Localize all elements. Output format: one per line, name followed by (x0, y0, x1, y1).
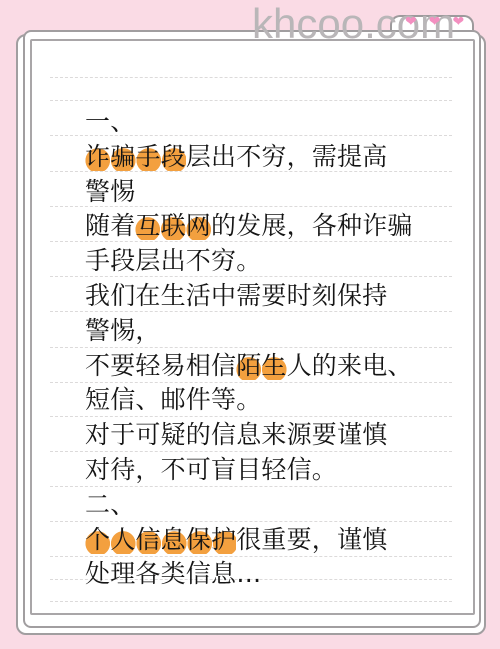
note-text: 对于可疑的信息来源要谨慎 (85, 420, 387, 449)
hearts-decoration: ❤ ❤ ❤ (405, 14, 464, 30)
note-line: 警惕， (85, 314, 445, 349)
note-text: 警惕， (85, 316, 161, 345)
ruled-line (50, 601, 452, 602)
highlight-keyword: 陌生 (236, 351, 286, 380)
note-text: 人的来电、 (287, 351, 413, 380)
highlight-keyword: 个人信息保护 (85, 525, 236, 554)
ruled-line (50, 77, 452, 78)
note-line: 手段层出不穷。 (85, 244, 445, 279)
note-line: 对于可疑的信息来源要谨慎 (85, 418, 445, 453)
note-line: 短信、邮件等。 (85, 383, 445, 418)
heart-icon: ❤ (405, 14, 417, 30)
note-line: 我们在生活中需要时刻保持 (85, 279, 445, 314)
note-text: 处理各类信息… (85, 559, 261, 588)
note-text: 随着 (85, 211, 135, 240)
heart-icon: ❤ (452, 14, 464, 30)
note-text: 不要轻易相信 (85, 351, 236, 380)
note-text: 很重要，谨慎 (236, 525, 387, 554)
note-text: 警惕 (85, 177, 135, 206)
section-heading-1: 一、 (85, 107, 135, 136)
note-line: 不要轻易相信陌生人的来电、 (85, 349, 445, 384)
note-line: 诈骗手段层出不穷，需提高 (85, 140, 445, 175)
note-text: 对待，不可盲目轻信。 (85, 455, 337, 484)
heart-icon: ❤ (429, 14, 441, 30)
note-text: 的发展，各种诈骗 (211, 211, 413, 240)
highlight-keyword: 互联网 (135, 211, 211, 240)
highlight-keyword: 诈骗手段 (85, 142, 186, 171)
note-text: 短信、邮件等。 (85, 385, 261, 414)
section-heading-2: 二、 (85, 490, 135, 519)
note-line: 二、 (85, 488, 445, 523)
note-line: 处理各类信息… (85, 557, 445, 592)
note-text: 层出不穷，需提高 (186, 142, 388, 171)
note-text: 我们在生活中需要时刻保持 (85, 281, 387, 310)
ruled-line (50, 100, 452, 101)
note-content: 一、 诈骗手段层出不穷，需提高 警惕 随着互联网的发展，各种诈骗 手段层出不穷。… (85, 105, 445, 592)
note-line: 对待，不可盲目轻信。 (85, 453, 445, 488)
note-line: 随着互联网的发展，各种诈骗 (85, 209, 445, 244)
note-line: 警惕 (85, 175, 445, 210)
note-line: 一、 (85, 105, 445, 140)
note-line: 个人信息保护很重要，谨慎 (85, 523, 445, 558)
note-text: 手段层出不穷。 (85, 246, 261, 275)
